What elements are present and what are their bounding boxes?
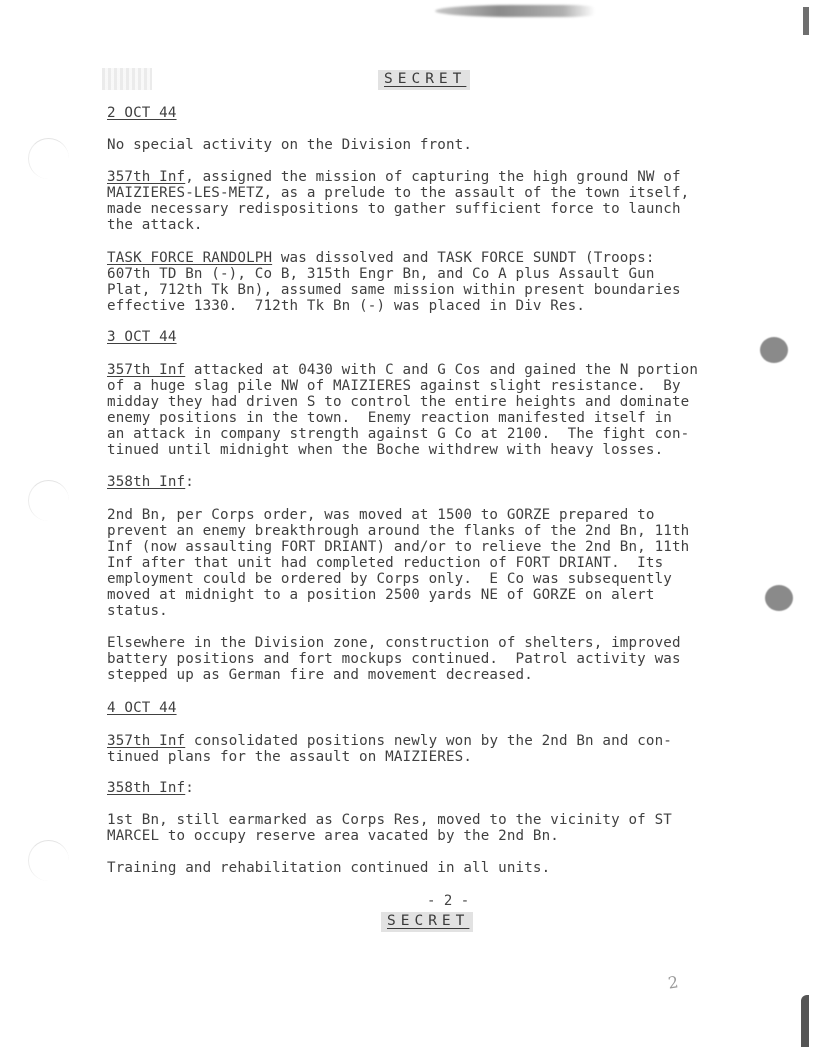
page-number: - 2 - (427, 893, 469, 909)
paragraph-line: tinued plans for the assault on MAIZIERE… (107, 749, 472, 765)
paragraph-line: consolidated positions newly won by the … (185, 733, 672, 749)
paragraph-line: the attack. (107, 217, 203, 233)
paragraph: Training and rehabilitation continued in… (107, 860, 797, 876)
section-date: 2 OCT 44 (107, 105, 797, 121)
unit-name: 357th Inf (107, 362, 185, 378)
section-date: 3 OCT 44 (107, 329, 797, 345)
bleed-through-arc (28, 138, 69, 179)
paragraph-line: No special activity on the Division fron… (107, 137, 472, 153)
paragraph-line: Training and rehabilitation continued in… (107, 860, 550, 876)
paragraph-line: tinued until midnight when the Boche wit… (107, 442, 663, 458)
paragraph-line: Inf after that unit had completed reduct… (107, 555, 663, 571)
paragraph-line: attacked at 0430 with C and G Cos and ga… (185, 362, 698, 378)
paragraph-line: : (185, 780, 194, 796)
paragraph-line: Plat, 712th Tk Bn), assumed same mission… (107, 282, 681, 298)
paragraph-line: of a huge slag pile NW of MAIZIERES agai… (107, 378, 681, 394)
paragraph-line: prevent an enemy breakthrough around the… (107, 523, 689, 539)
paragraph-line: enemy positions in the town. Enemy react… (107, 410, 672, 426)
paragraph: 357th Inf attacked at 0430 with C and G … (107, 362, 797, 458)
paragraph-line: made necessary redispositions to gather … (107, 201, 681, 217)
unit-name: TASK FORCE RANDOLPH (107, 250, 272, 266)
bleed-through-arc (28, 480, 69, 521)
unit-name: 357th Inf (107, 733, 185, 749)
document-page: SECRET 2 OCT 44 No special activity on t… (0, 0, 815, 1055)
faded-stamp (102, 68, 152, 90)
paragraph: 358th Inf: (107, 780, 797, 796)
paragraph-line: 2nd Bn, per Corps order, was moved at 15… (107, 507, 655, 523)
paragraph-line: moved at midnight to a position 2500 yar… (107, 587, 655, 603)
paragraph-line: Elsewhere in the Division zone, construc… (107, 635, 681, 651)
paragraph: 358th Inf: (107, 474, 797, 490)
paragraph-line: MARCEL to occupy reserve area vacated by… (107, 828, 559, 844)
paragraph: 357th Inf consolidated positions newly w… (107, 733, 797, 765)
paragraph-line: 1st Bn, still earmarked as Corps Res, mo… (107, 812, 672, 828)
paragraph: 1st Bn, still earmarked as Corps Res, mo… (107, 812, 797, 844)
paragraph-line: was dissolved and TASK FORCE SUNDT (Troo… (272, 250, 654, 266)
unit-name: 358th Inf (107, 474, 185, 490)
section-date: 4 OCT 44 (107, 700, 797, 716)
paragraph: 2nd Bn, per Corps order, was moved at 15… (107, 507, 797, 619)
paragraph: TASK FORCE RANDOLPH was dissolved and TA… (107, 250, 797, 314)
bleed-through-arc (28, 840, 69, 881)
classification-footer: SECRET (381, 912, 473, 932)
handwritten-mark: 2 (667, 972, 680, 992)
paragraph-line: effective 1330. 712th Tk Bn (-) was plac… (107, 298, 585, 314)
paragraph-line: battery positions and fort mockups conti… (107, 651, 681, 667)
scan-edge-mark (803, 7, 809, 35)
paragraph-line: midday they had driven S to control the … (107, 394, 689, 410)
scan-smudge (435, 5, 595, 17)
paragraph-line: 607th TD Bn (-), Co B, 315th Engr Bn, an… (107, 266, 655, 282)
unit-name: 357th Inf (107, 169, 185, 185)
scan-edge-mark (801, 995, 809, 1047)
paragraph-line: an attack in company strength against G … (107, 426, 689, 442)
unit-name: 358th Inf (107, 780, 185, 796)
paragraph-line: employment could be ordered by Corps onl… (107, 571, 672, 587)
paragraph-line: , assigned the mission of capturing the … (185, 169, 680, 185)
paragraph-line: status. (107, 603, 168, 619)
paragraph: Elsewhere in the Division zone, construc… (107, 635, 797, 683)
paragraph-line: Inf (now assaulting FORT DRIANT) and/or … (107, 539, 689, 555)
paragraph-line: stepped up as German fire and movement d… (107, 667, 533, 683)
paragraph: 357th Inf, assigned the mission of captu… (107, 169, 797, 233)
classification-header: SECRET (378, 70, 470, 90)
paragraph-line: MAIZIERES-LES-METZ, as a prelude to the … (107, 185, 689, 201)
paragraph-line: : (185, 474, 194, 490)
paragraph: No special activity on the Division fron… (107, 137, 797, 153)
